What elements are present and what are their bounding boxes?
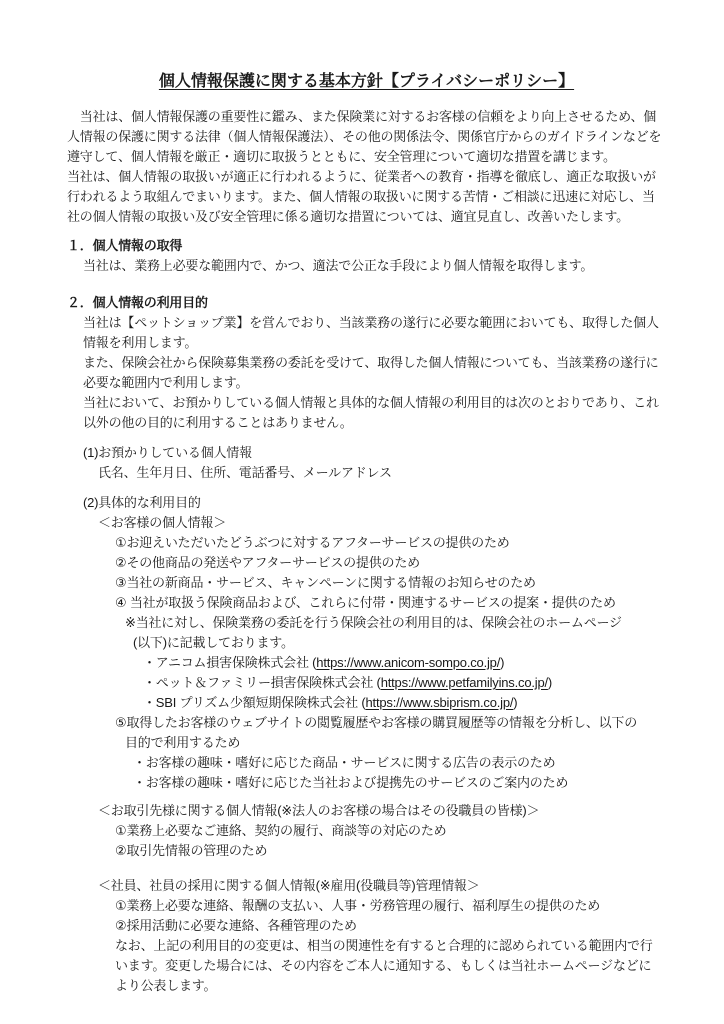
- policy-change-note-line: います。変更した場合には、その内容をご本人に通知する、もしくは当社ホームページな…: [67, 956, 666, 976]
- insurer-link-item: ・ペット＆ファミリー損害保険株式会社 (https://www.petfamil…: [67, 673, 666, 693]
- privacy-policy-document: 個人情報保護に関する基本方針【プライバシーポリシー】 当社は、個人情報保護の重要…: [0, 0, 724, 1024]
- employee-info-block: ＜社員、社員の採用に関する個人情報(※雇用(役職員等)管理情報＞ ①業務上必要な…: [67, 876, 666, 996]
- partner-purpose-item: ①業務上必要なご連絡、契約の履行、商談等の対応のため: [67, 821, 666, 841]
- insurer-url-link[interactable]: https://www.petfamilyins.co.jp/: [381, 675, 548, 690]
- intro-paragraph: 当社は、個人情報保護の重要性に鑑み、また保険業に対するお客様の信頼をより向上させ…: [67, 107, 666, 227]
- insurer-link-suffix: ): [548, 675, 552, 690]
- customer-purpose-item: ②その他商品の発送やアフターサービスの提供のため: [67, 553, 666, 573]
- section-acquisition-body: 当社は、業務上必要な範囲内で、かつ、適法で公正な手段により個人情報を取得します。: [67, 256, 666, 276]
- employee-purpose-item: ②採用活動に必要な連絡、各種管理のため: [67, 916, 666, 936]
- insurer-note-line: ※当社に対し、保険業務の委託を行う保険会社の利用目的は、保険会社のホームページ: [67, 613, 666, 633]
- employee-info-heading: ＜社員、社員の採用に関する個人情報(※雇用(役職員等)管理情報＞: [67, 876, 666, 896]
- intro-line: 当社は、個人情報保護の重要性に鑑み、また保険業に対するお客様の信頼をより向上させ…: [67, 107, 666, 127]
- policy-change-note-line: より公表します。: [67, 976, 666, 996]
- insurer-name: ・ペット＆ファミリー損害保険株式会社 (: [143, 675, 381, 690]
- customer-purpose-item: ①お迎えいただいたどうぶつに対するアフターサービスの提供のため: [67, 533, 666, 553]
- section-usage-body-line: 情報を利用します。: [67, 333, 666, 353]
- specific-purposes-label: (2)具体的な利用目的: [67, 493, 666, 513]
- customer-purpose-continuation: 目的で利用するため: [67, 733, 666, 753]
- insurer-url-link[interactable]: https://www.anicom-sompo.co.jp/: [316, 655, 500, 670]
- held-personal-info-block: (1)お預かりしている個人情報 氏名、生年月日、住所、電話番号、メールアドレス: [67, 443, 666, 483]
- customer-purpose-item: ⑤取得したお客様のウェブサイトの閲覧履歴やお客様の購買履歴等の情報を分析し、以下…: [67, 713, 666, 733]
- insurer-link-item: ・アニコム損害保険株式会社 (https://www.anicom-sompo.…: [67, 653, 666, 673]
- insurer-note-line: (以下)に記載しております。: [67, 633, 666, 653]
- insurer-url-link[interactable]: https://www.sbiprism.co.jp/: [366, 695, 514, 710]
- intro-line: 人情報の保護に関する法律（個人情報保護法）、その他の関係法令、関係官庁からのガイ…: [67, 127, 666, 147]
- section-acquisition: １．個人情報の取得 当社は、業務上必要な範囲内で、かつ、適法で公正な手段により個…: [67, 236, 666, 276]
- section-acquisition-heading: １．個人情報の取得: [67, 236, 666, 256]
- section-usage-purpose: ２．個人情報の利用目的 当社は【ペットショップ業】を営んでおり、当該業務の遂行に…: [67, 293, 666, 433]
- held-personal-info-values: 氏名、生年月日、住所、電話番号、メールアドレス: [67, 463, 666, 483]
- analysis-purpose-item: ・お客様の趣味・嗜好に応じた当社および提携先のサービスのご案内のため: [67, 773, 666, 793]
- customer-info-heading: ＜お客様の個人情報＞: [67, 513, 666, 533]
- insurer-name: ・アニコム損害保険株式会社 (: [143, 655, 316, 670]
- insurer-link-suffix: ): [500, 655, 504, 670]
- intro-line: 行われるよう取組んでまいります。また、個人情報の取扱いに関する苦情・ご相談に迅速…: [67, 187, 666, 207]
- insurer-name: ・SBI プリズム少額短期保険株式会社 (: [143, 695, 366, 710]
- section-usage-body-line: 必要な範囲内で利用します。: [67, 373, 666, 393]
- customer-purpose-item: ③当社の新商品・サービス、キャンペーンに関する情報のお知らせのため: [67, 573, 666, 593]
- section-usage-body-line: 当社において、お預かりしている個人情報と具体的な個人情報の利用目的は次のとおりで…: [67, 393, 666, 413]
- customer-purpose-item: ④ 当社が取扱う保険商品および、これらに付帯・関連するサービスの提案・提供のため: [67, 593, 666, 613]
- insurer-link-suffix: ): [513, 695, 517, 710]
- insurer-link-item: ・SBI プリズム少額短期保険株式会社 (https://www.sbipris…: [67, 693, 666, 713]
- policy-change-note-line: なお、上記の利用目的の変更は、相当の関連性を有すると合理的に認められている範囲内…: [67, 936, 666, 956]
- intro-line: 社の個人情報の取扱い及び安全管理に係る適切な措置については、適宜見直し、改善いた…: [67, 207, 666, 227]
- partner-purpose-item: ②取引先情報の管理のため: [67, 841, 666, 861]
- intro-line: 当社は、個人情報の取扱いが適正に行われるように、従業者への教育・指導を徹底し、適…: [67, 167, 666, 187]
- analysis-purpose-item: ・お客様の趣味・嗜好に応じた商品・サービスに関する広告の表示のため: [67, 753, 666, 773]
- partner-info-heading: ＜お取引先様に関する個人情報(※法人のお客様の場合はその役職員の皆様)＞: [67, 801, 666, 821]
- intro-line: 遵守して、個人情報を厳正・適切に取扱うとともに、安全管理について適切な措置を講じ…: [67, 147, 666, 167]
- page-title: 個人情報保護に関する基本方針【プライバシーポリシー】: [67, 72, 666, 92]
- section-usage-body-line: また、保険会社から保険募集業務の委託を受けて、取得した個人情報についても、当該業…: [67, 353, 666, 373]
- section-usage-body-line: 以外の他の目的に利用することはありません。: [67, 413, 666, 433]
- employee-purpose-item: ①業務上必要な連絡、報酬の支払い、人事・労務管理の履行、福利厚生の提供のため: [67, 896, 666, 916]
- section-usage-heading: ２．個人情報の利用目的: [67, 293, 666, 313]
- section-usage-body-line: 当社は【ペットショップ業】を営んでおり、当該業務の遂行に必要な範囲においても、取…: [67, 313, 666, 333]
- held-personal-info-label: (1)お預かりしている個人情報: [67, 443, 666, 463]
- specific-purposes-block: (2)具体的な利用目的 ＜お客様の個人情報＞ ①お迎えいただいたどうぶつに対する…: [67, 493, 666, 793]
- partner-info-block: ＜お取引先様に関する個人情報(※法人のお客様の場合はその役職員の皆様)＞ ①業務…: [67, 801, 666, 861]
